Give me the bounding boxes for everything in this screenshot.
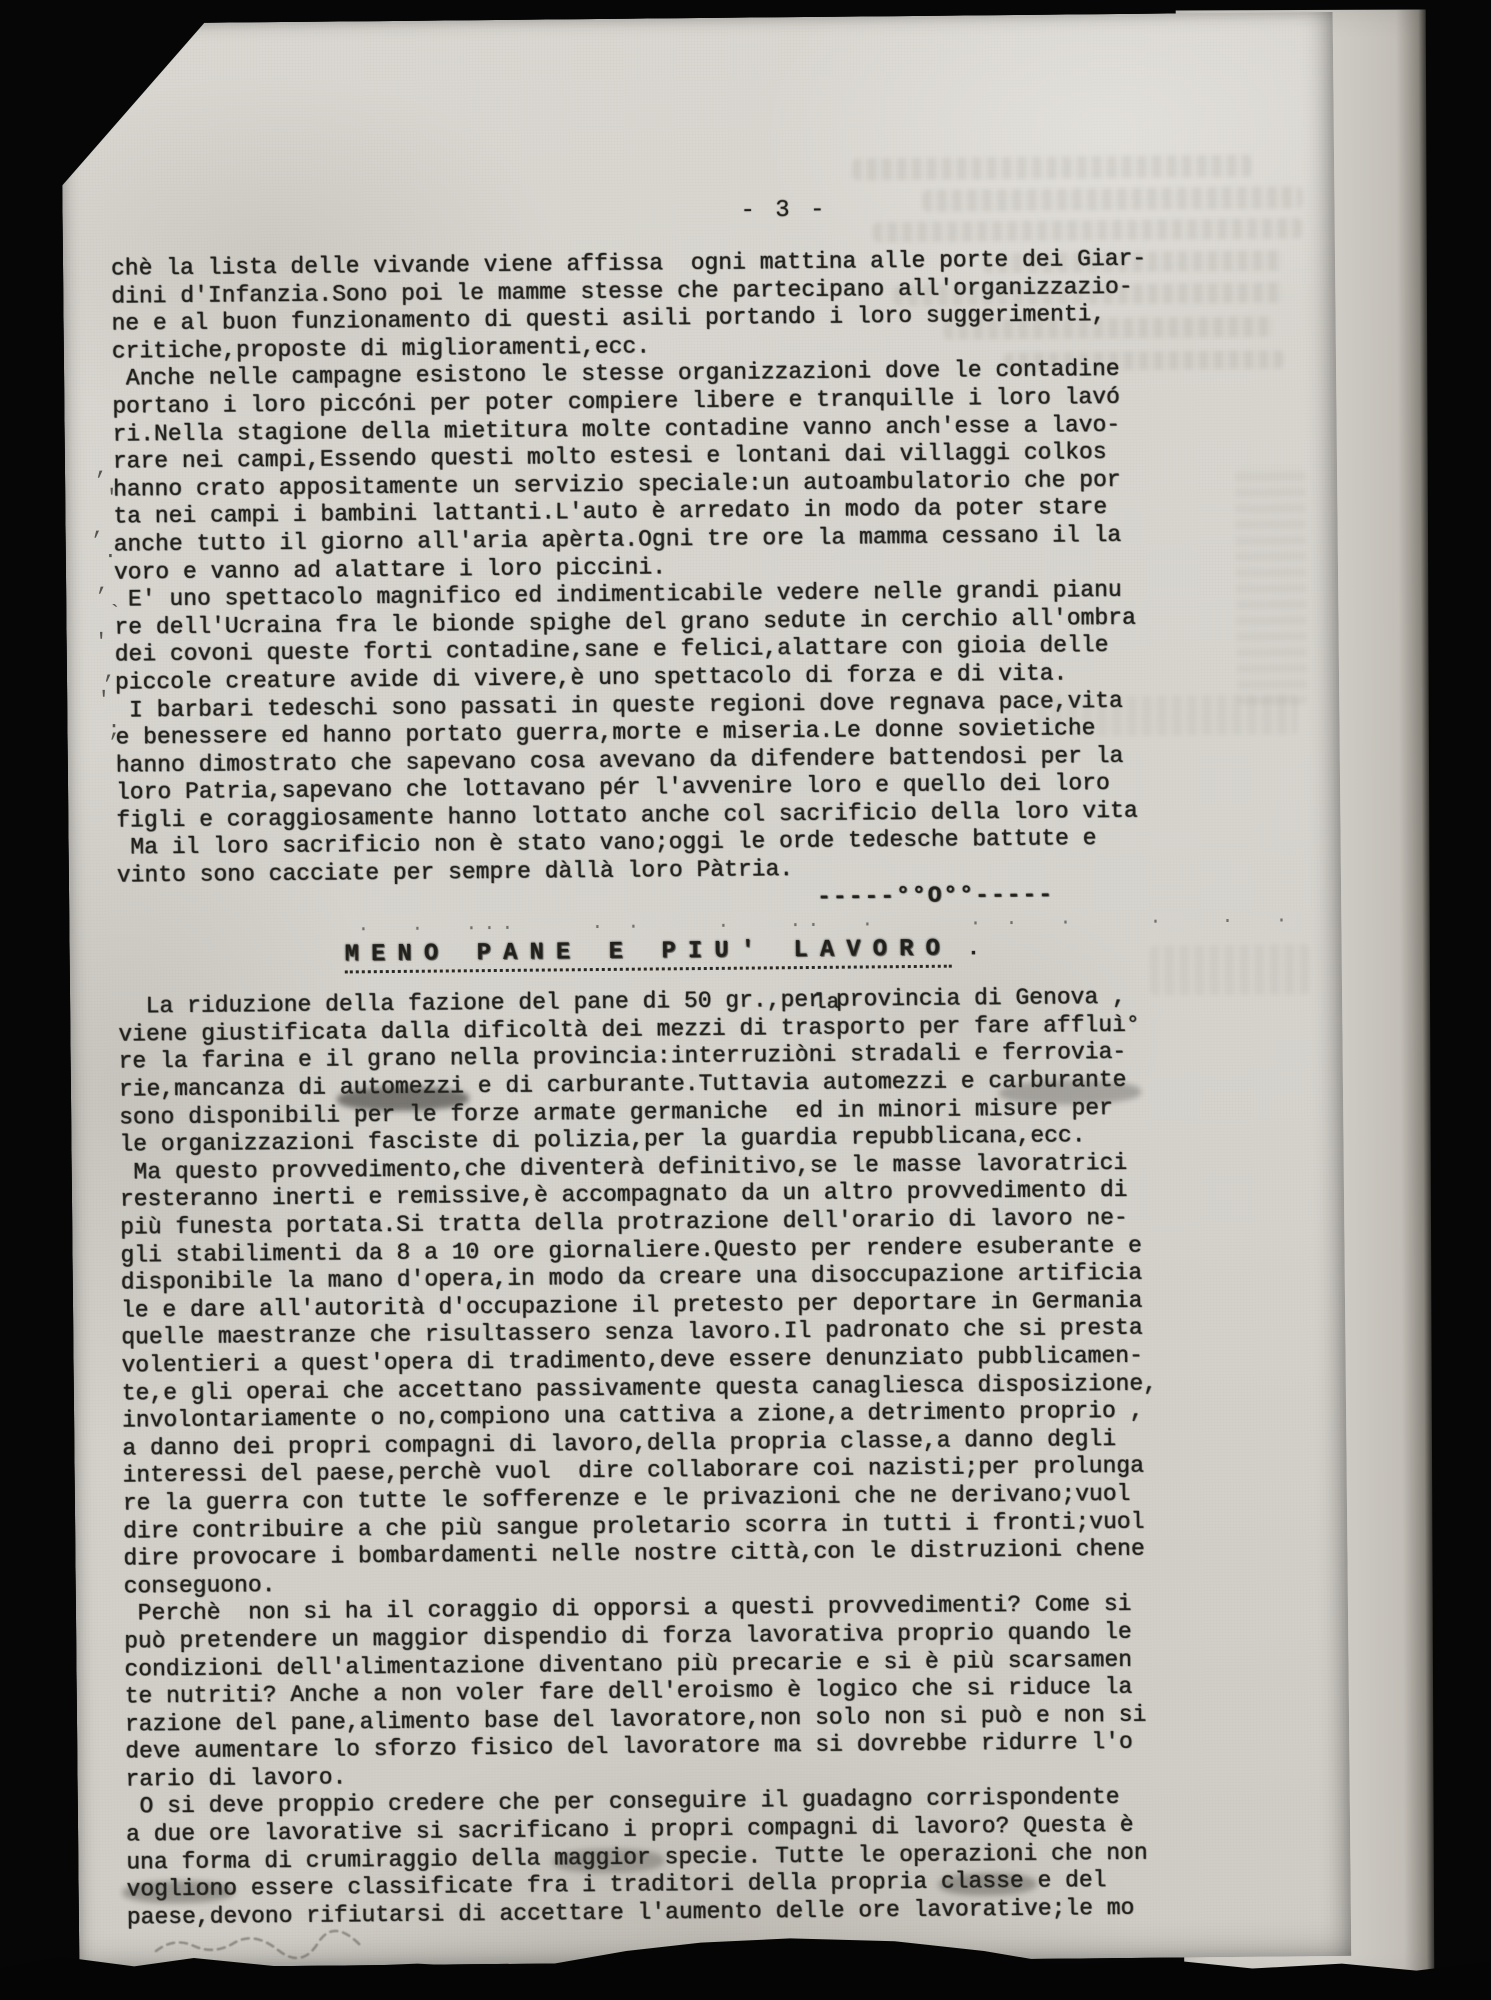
margin-ink-mark: ' [97,688,110,713]
typewritten-page: - 3 - chè la lista delle vivande viene a… [61,12,1352,1968]
margin-ink-mark: ' [105,486,118,511]
margin-ink-mark: , [96,572,109,597]
margin-ink-mark: , [91,516,104,541]
margin-ink-mark: , [103,660,116,685]
margin-ink-mark: , [95,456,108,481]
margin-ink-mark: ' [95,630,108,655]
scanned-document-photo: - 3 - chè la lista delle vivande viene a… [0,0,1491,2000]
margin-ink-mark: ; [107,718,120,743]
margin-ink-mark: · [104,544,117,569]
margin-ink-mark: ` [108,602,121,627]
margin-marks-layer: ,',·,`','; [61,12,1352,1968]
